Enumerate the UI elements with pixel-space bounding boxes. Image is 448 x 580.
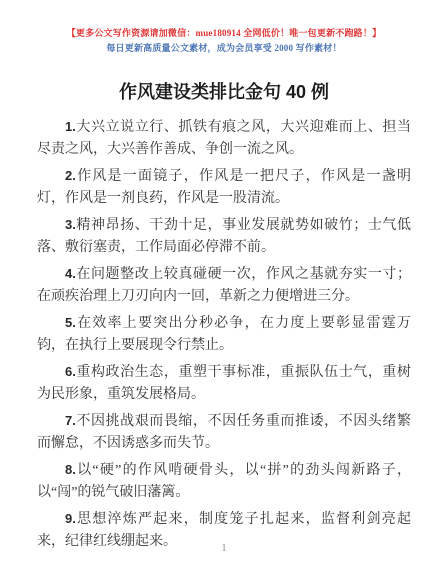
promo-line-blue: 每日更新高质量公文素材，成为会员享受 2000 写作素材！ [37,41,411,55]
item-text: 以“硬”的作风啃硬骨头，以“拼”的劲头闯新路子，以“闯”的锐气破旧藩篱。 [37,463,411,500]
page-footer: 1 [0,538,448,556]
item-number: 8. [65,462,76,477]
document-page: 【更多公文写作资源请加微信：mue180914 全网低价！唯一包更新不跑路！】 … [0,0,448,580]
item-text: 作风是一面镜子，作风是一把尺子，作风是一盏明灯，作风是一剂良药，作风是一股清流。 [37,169,411,206]
item-number: 1. [65,119,76,134]
item-number: 2. [65,168,76,183]
list-item: 5.在效率上要突出分秒必争，在力度上要彰显雷霆万钧，在执行上要展现令行禁止。 [37,312,411,357]
item-number: 4. [65,266,76,281]
list-item: 7.不因挑战艰而畏缩，不因任务重而推诿，不因头绪繁而懈怠，不因诱惑多而失节。 [37,410,411,455]
document-title: 作风建设类排比金句 40 例 [37,80,411,104]
page-number: 1 [222,543,227,554]
item-number: 7. [65,413,76,428]
document-body: 1.大兴立说立行、抓铁有痕之风，大兴迎难而上、担当尽责之风，大兴善作善成、争创一… [37,116,411,553]
list-item: 6.重构政治生态，重塑干事标准，重振队伍士气，重树为民形象，重筑发展格局。 [37,361,411,406]
item-number: 6. [65,364,76,379]
list-item: 2.作风是一面镜子，作风是一把尺子，作风是一盏明灯，作风是一剂良药，作风是一股清… [37,165,411,210]
item-text: 重构政治生态，重塑干事标准，重振队伍士气，重树为民形象，重筑发展格局。 [37,365,411,402]
list-item: 8.以“硬”的作风啃硬骨头，以“拼”的劲头闯新路子，以“闯”的锐气破旧藩篱。 [37,459,411,504]
item-text: 在问题整改上较真碰硬一次，作风之基就夯实一寸；在顽疾治理上刀刃向内一回，革新之力… [37,267,411,304]
item-text: 不因挑战艰而畏缩，不因任务重而推诿，不因头绪繁而懈怠，不因诱惑多而失节。 [37,414,411,451]
item-text: 精神昂扬、干劲十足，事业发展就势如破竹；士气低落、敷衍塞责，工作局面必停滞不前。 [37,218,411,255]
promo-line-red: 【更多公文写作资源请加微信：mue180914 全网低价！唯一包更新不跑路！】 [37,26,411,40]
item-text: 大兴立说立行、抓铁有痕之风，大兴迎难而上、担当尽责之风，大兴善作善成、争创一流之… [37,120,411,157]
list-item: 4.在问题整改上较真碰硬一次，作风之基就夯实一寸；在顽疾治理上刀刃向内一回，革新… [37,263,411,308]
item-text: 在效率上要突出分秒必争，在力度上要彰显雷霆万钧，在执行上要展现令行禁止。 [37,316,411,353]
item-number: 5. [65,315,76,330]
item-number: 9. [65,511,76,526]
list-item: 3.精神昂扬、干劲十足，事业发展就势如破竹；士气低落、敷衍塞责，工作局面必停滞不… [37,214,411,259]
promo-header: 【更多公文写作资源请加微信：mue180914 全网低价！唯一包更新不跑路！】 … [37,26,411,55]
list-item: 1.大兴立说立行、抓铁有痕之风，大兴迎难而上、担当尽责之风，大兴善作善成、争创一… [37,116,411,161]
item-number: 3. [65,217,76,232]
